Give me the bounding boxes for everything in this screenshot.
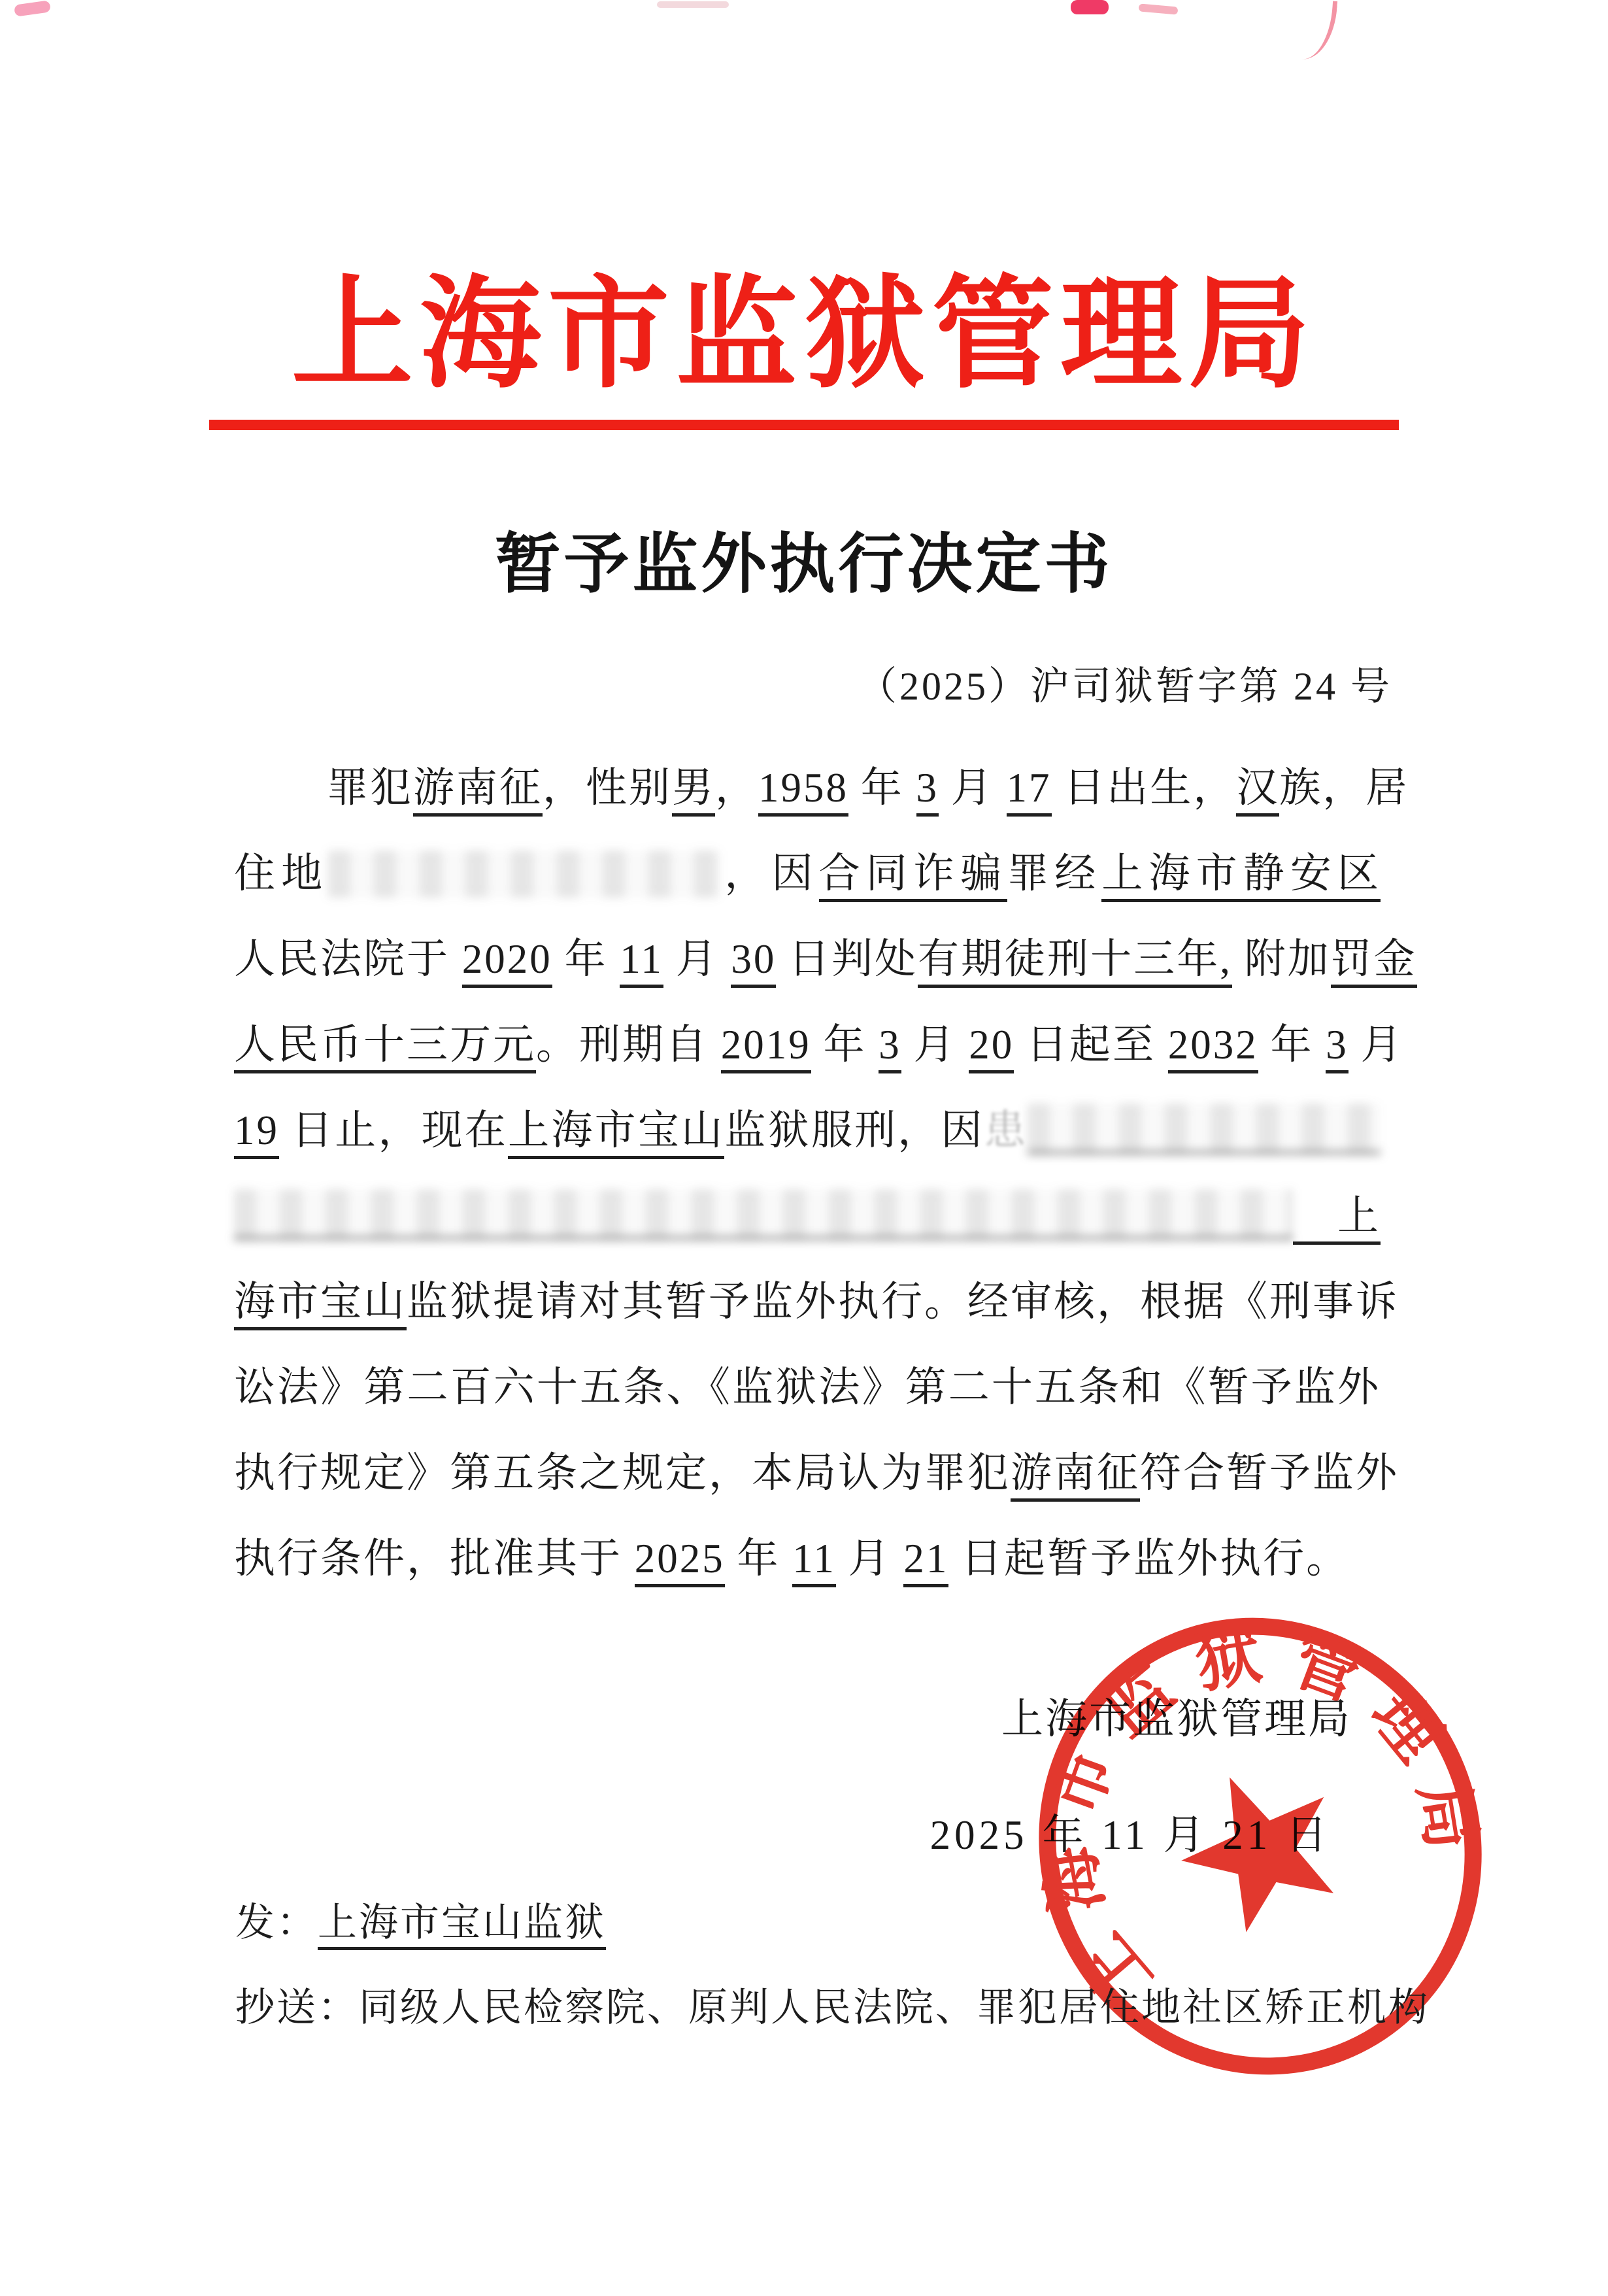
scan-artifact [1071,0,1109,14]
redacted-text-block [1028,1104,1381,1155]
body-text-segment: 30 [731,936,776,988]
body-text-segment: 符合暂予监外 [1140,1450,1399,1496]
body-text-segment: 海市宝山 [234,1279,407,1330]
body-text-segment: 上海市静安区 [1101,851,1381,902]
document-title: 暂予监外执行决定书 [0,511,1608,605]
body-text-segment: 。刑期自 [536,1022,721,1068]
red-star-icon [1158,1746,1361,1944]
body-text-segment: ， [715,765,758,811]
body-line: 讼法》第二百六十五条、《监狱法》第二十五条和《暂予监外 [234,1345,1381,1430]
body-text-segment: 罪经 [1007,851,1101,896]
body-text-segment: 月 [663,936,731,982]
body-line: 19 日止，现在上海市宝山监狱服刑，因患 [234,1088,1381,1173]
scan-artifact [14,0,51,16]
body-text-segment: ，性别 [543,765,672,811]
body-text-segment: 20 [969,1022,1014,1073]
body-text-segment: 月 [836,1536,904,1581]
body-line: 人民法院于 2020 年 11 月 30 日判处有期徒刑十三年, 附加罚金 [234,917,1381,1002]
body-text-segment: 11 [792,1536,836,1587]
scan-artifact [657,1,729,8]
body-line: 执行条件，批准其于 2025 年 11 月 21 日起暂予监外执行。 [234,1516,1381,1602]
body-text-segment: 男 [672,765,715,817]
body-line: 人民币十三万元。刑期自 2019 年 3 月 20 日起至 2032 年 3 月 [234,1002,1381,1088]
body-text-segment: 附加 [1232,936,1331,982]
letterhead-divider-rule [209,420,1399,430]
body-text-segment: 罪犯 [327,765,413,811]
body-text-segment: 日起至 [1014,1022,1168,1068]
body-text-segment: 月 [901,1022,969,1068]
body-line: 上 [234,1173,1381,1259]
body-text-segment: 日止，现在 [279,1107,508,1153]
body-text-segment: 上海市宝山 [508,1107,724,1159]
body-line: 执行规定》第五条之规定，本局认为罪犯游南征符合暂予监外 [234,1430,1381,1516]
body-text-segment: ，因 [720,851,818,896]
body-text-segment: 3 [1326,1022,1348,1073]
body-text-segment: 月 [939,765,1007,811]
body-text-segment: 合同诈骗 [819,851,1008,902]
redacted-text-block [328,851,720,898]
body-text-segment: 17 [1007,765,1052,817]
body-text-segment: 年 [725,1536,793,1581]
body-text-segment: 2032 [1168,1022,1258,1073]
body-text-segment: 人民法院于 [234,936,462,982]
body-text-segment: 年 [1258,1022,1326,1068]
document-number: （2025）沪司狱暂字第 24 号 [858,655,1392,711]
body-text-segment: 月 [1348,1022,1404,1068]
body-text-segment: 2020 [462,936,552,988]
body-text-segment: 21 [903,1536,948,1587]
body-line: 罪犯游南征，性别男，1958 年 3 月 17 日出生，汉族，居 [234,745,1381,831]
scan-artifact [1299,0,1337,61]
agency-letterhead-title: 上海市监狱管理局 [0,237,1608,411]
issue-label: 发： [235,1901,318,1944]
scan-artifact [1139,3,1179,14]
body-text-segment: 年 [552,936,620,982]
body-text-segment: 汉 [1236,765,1279,817]
body-text-segment: 日起暂予监外执行。 [948,1536,1349,1581]
body-line: 住地，因合同诈骗罪经上海市静安区 [234,831,1381,917]
cc-line: 抄送：同级人民检察院、原判人民法院、罪犯居住地社区矫正机构 [235,1976,1430,2033]
body-line: 海市宝山监狱提请对其暂予监外执行。经审核，根据《刑事诉 [234,1259,1381,1345]
body-text-segment: 年 [811,1022,879,1068]
body-text-segment: 监狱提请对其暂予监外执行。经审核，根据《刑事诉 [407,1279,1399,1325]
scanned-document-page: 上海市监狱管理局 暂予监外执行决定书 （2025）沪司狱暂字第 24 号 罪犯游… [0,0,1608,2296]
body-text-segment: 执行规定》第五条之规定，本局认为罪犯 [234,1450,1011,1496]
body-text-segment: 有期徒刑十三年, [918,936,1232,988]
body-text-segment: 上 [1293,1193,1381,1245]
body-text-segment: 3 [916,765,939,817]
body-text-segment: 住地 [234,851,328,896]
body-text-segment: 11 [620,936,663,988]
issue-value: 上海市宝山监狱 [318,1901,606,1950]
body-text-segment: 日判处 [776,936,918,982]
body-text-segment: 1958 [758,765,848,817]
body-text-segment: 19 [234,1107,279,1159]
body-text-segment: 人民币十三万元 [234,1022,536,1073]
body-text-segment: 3 [879,1022,901,1073]
body-text-segment: 族，居 [1279,765,1409,811]
body-text-segment: 年 [848,765,916,811]
body-text-segment: 罚金 [1331,936,1417,988]
issue-to-line: 发：上海市宝山监狱 [235,1891,606,1948]
redacted-text-block [234,1189,1293,1240]
body-text-segment: 患 [984,1107,1028,1153]
body-text-segment: 监狱服刑，因 [724,1107,984,1153]
body-text-segment: 日出生， [1052,765,1237,811]
body-text-segment: 游南征 [1011,1450,1140,1502]
body-text-segment: 执行条件，批准其于 [234,1536,635,1581]
body-text-segment: 2025 [635,1536,725,1587]
body-text-segment: 讼法》第二百六十五条、《监狱法》第二十五条和《暂予监外 [234,1364,1381,1410]
body-paragraph: 罪犯游南征，性别男，1958 年 3 月 17 日出生，汉族，居住地，因合同诈骗… [234,745,1381,1602]
body-text-segment: 游南征 [413,765,543,817]
body-text-segment: 2019 [721,1022,811,1073]
